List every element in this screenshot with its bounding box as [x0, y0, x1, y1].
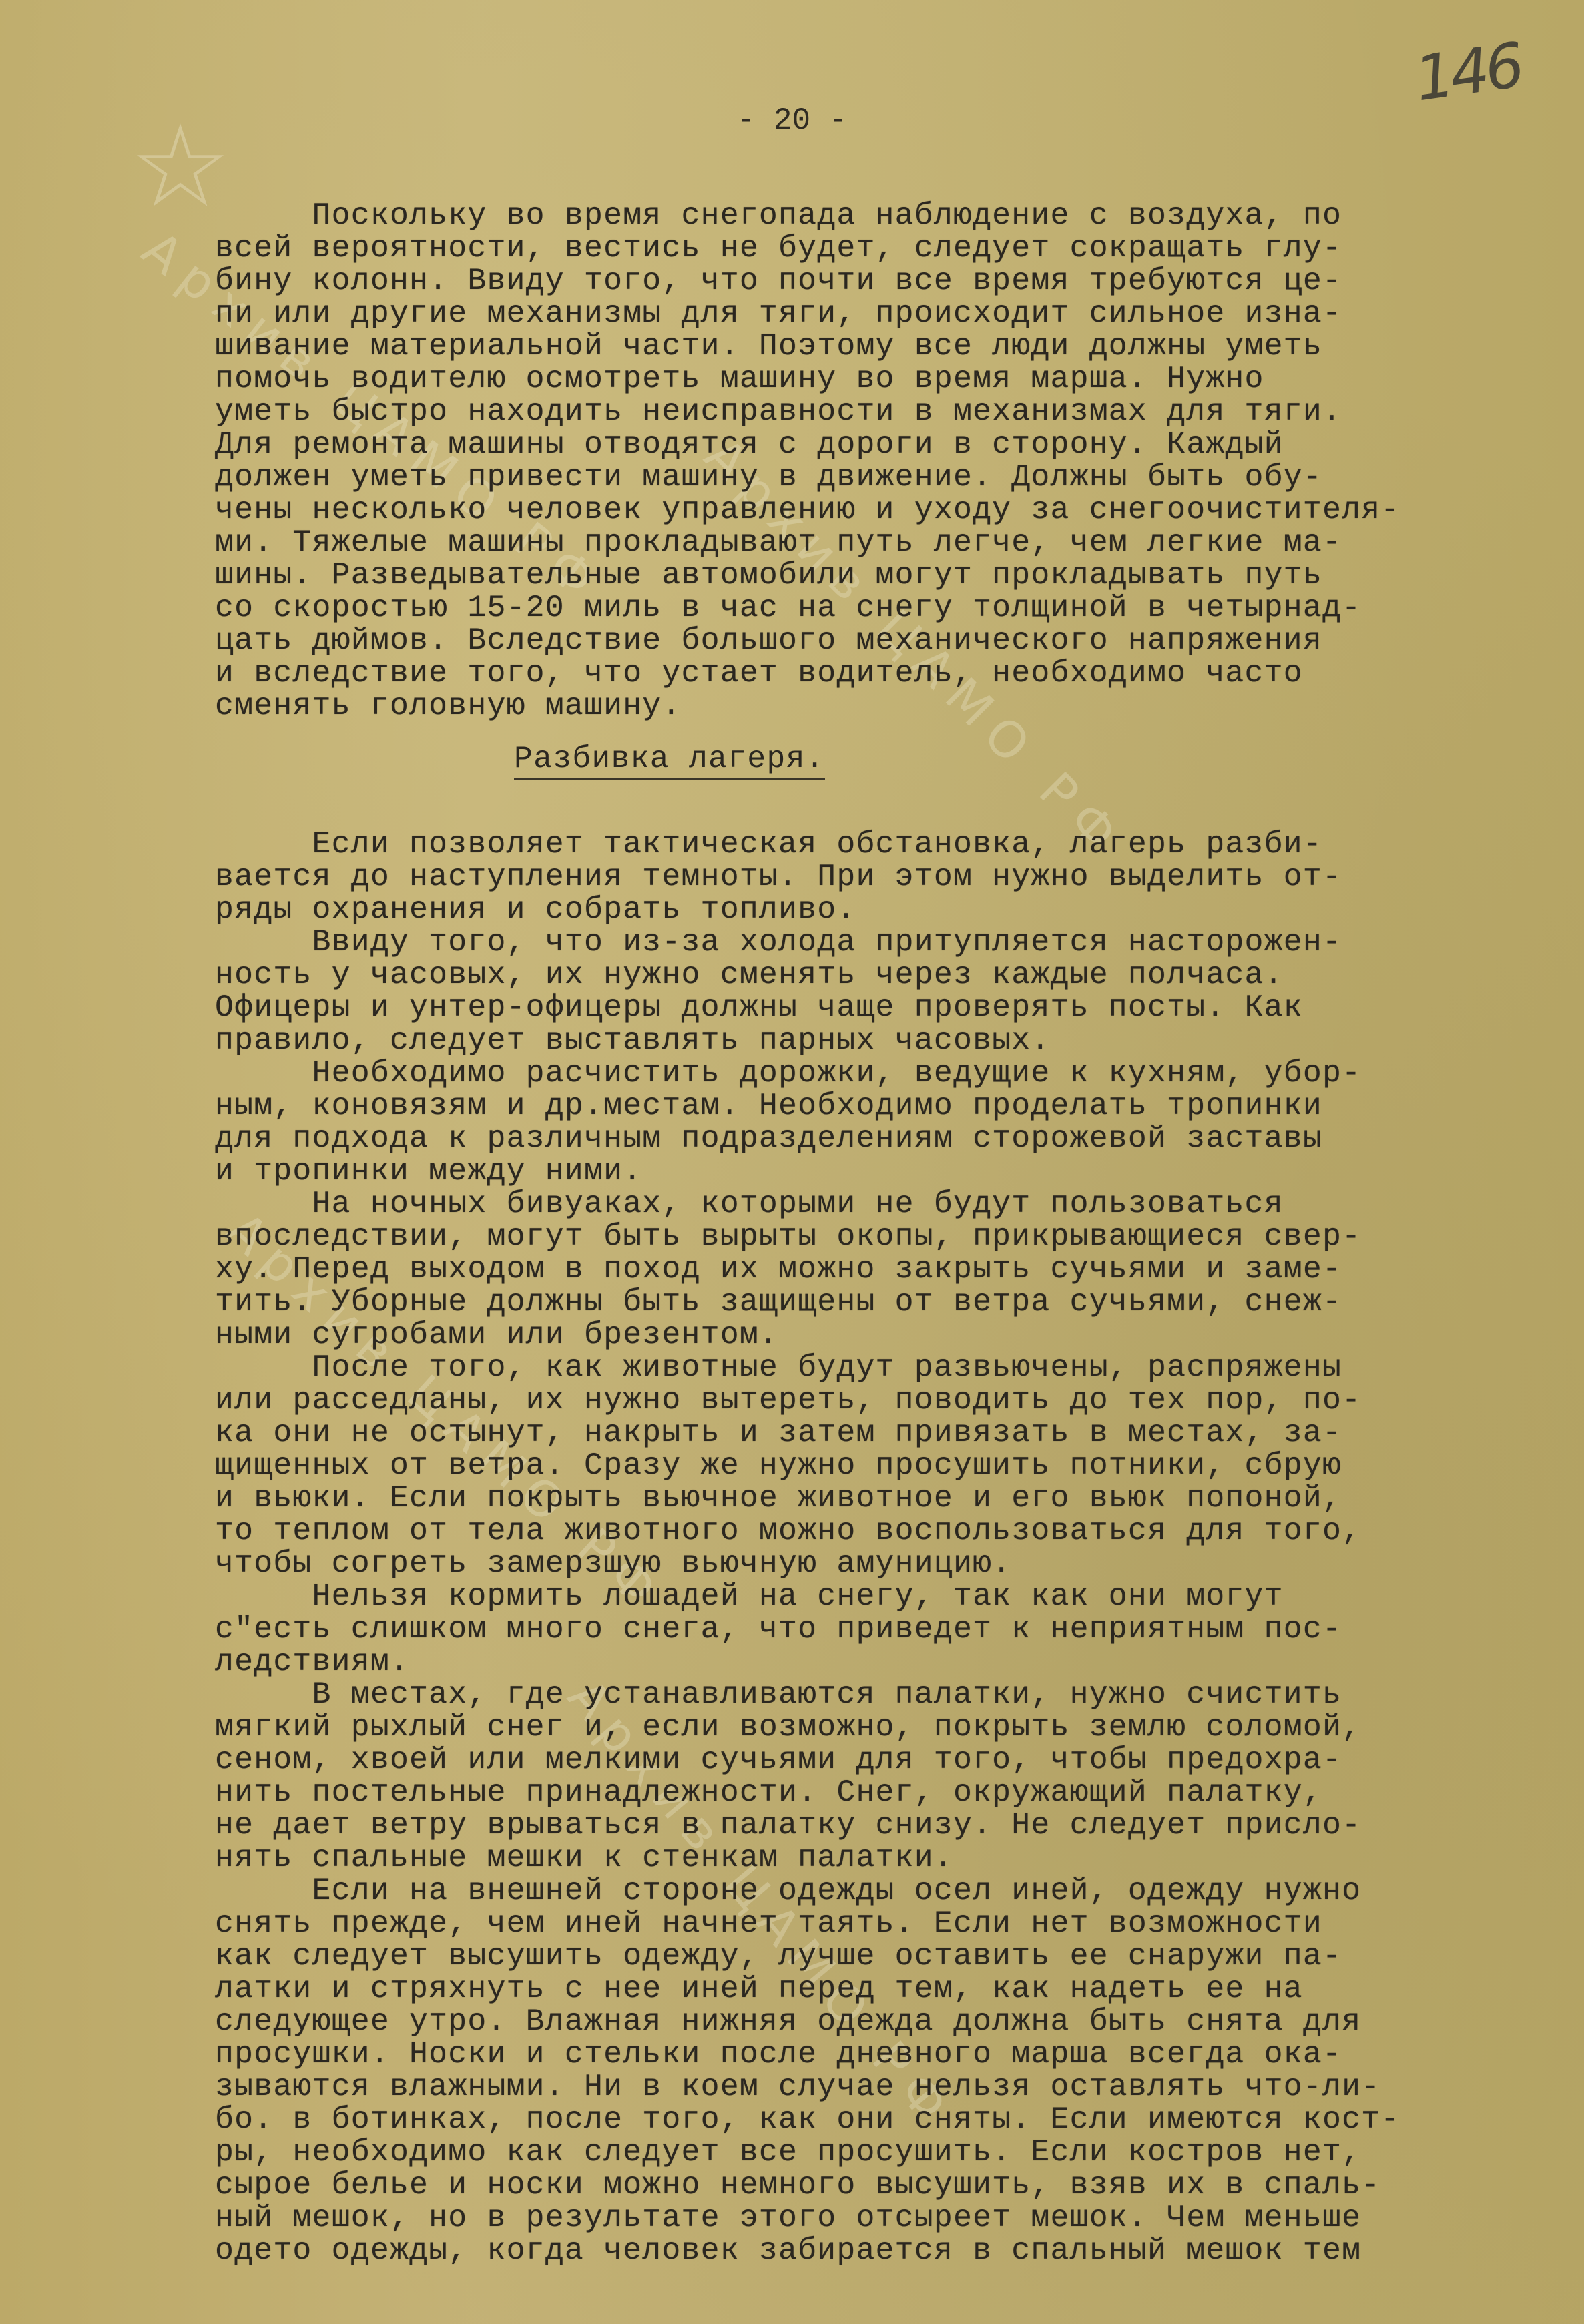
text-line: следующее утро. Влажная нижняя одежда до…: [215, 2005, 1483, 2038]
text-line: ка они не остынут, накрыть и затем привя…: [215, 1416, 1483, 1449]
text-line: ными сугробами или брезентом.: [215, 1318, 1483, 1351]
text-line: с"есть слишком много снега, что приведет…: [215, 1613, 1483, 1645]
text-line: уметь быстро находить неисправности в ме…: [215, 395, 1483, 428]
text-line: вается до наступления темноты. При этом …: [215, 860, 1483, 893]
text-line: помочь водителю осмотреть машину во врем…: [215, 362, 1483, 395]
text-line: пи или другие механизмы для тяги, происх…: [215, 297, 1483, 330]
text-line: бо. в ботинках, после того, как они снят…: [215, 2103, 1483, 2136]
text-line: чены несколько человек управлению и уход…: [215, 493, 1483, 526]
text-line: Офицеры и унтер-офицеры должны чаще пров…: [215, 991, 1483, 1024]
text-line: Поскольку во время снегопада наблюдение …: [215, 199, 1483, 232]
text-line: ным, коновязям и др.местам. Необходимо п…: [215, 1089, 1483, 1122]
text-line: правило, следует выставлять парных часов…: [215, 1024, 1483, 1057]
text-line: просушки. Носки и стельки после дневного…: [215, 2038, 1483, 2070]
text-line: впоследствии, могут быть вырыты окопы, п…: [215, 1220, 1483, 1253]
text-line: или расседланы, их нужно вытереть, повод…: [215, 1384, 1483, 1416]
text-line: сеном, хвоей или мелкими сучьями для тог…: [215, 1743, 1483, 1776]
text-line: для подхода к различным подразделениям с…: [215, 1122, 1483, 1155]
text-line: ледствиям.: [215, 1645, 1483, 1678]
text-line: ный мешок, но в результате этого отсырее…: [215, 2201, 1483, 2234]
text-line: Необходимо расчистить дорожки, ведущие к…: [215, 1057, 1483, 1089]
text-line: ры, необходимо как следует все просушить…: [215, 2136, 1483, 2168]
document-page: ☆ Архив ЦАМО РФ Архив ЦАМО РФ Архив ЦАМО…: [0, 0, 1584, 2324]
text-line: должен уметь привести машину в движение.…: [215, 461, 1483, 493]
text-line: сырое белье и носки можно немного высуши…: [215, 2168, 1483, 2201]
text-line: ху. Перед выходом в поход их можно закры…: [215, 1253, 1483, 1285]
text-line: Если позволяет тактическая обстановка, л…: [215, 828, 1483, 860]
text-line: снять прежде, чем иней начнет таять. Есл…: [215, 1907, 1483, 1940]
text-line: латки и стряхнуть с нее иней перед тем, …: [215, 1972, 1483, 2005]
section-text-camp: Если позволяет тактическая обстановка, л…: [215, 828, 1483, 2267]
text-line: В местах, где устанавливаются палатки, н…: [215, 1678, 1483, 1711]
text-line: Нельзя кормить лошадей на снегу, так как…: [215, 1580, 1483, 1613]
text-line: и тропинки между ними.: [215, 1155, 1483, 1187]
text-line: бину колонн. Ввиду того, что почти все в…: [215, 264, 1483, 297]
page-number: - 20 -: [0, 103, 1584, 138]
text-line: и вследствие того, что устает водитель, …: [215, 657, 1483, 689]
text-line: ность у часовых, их нужно сменять через …: [215, 958, 1483, 991]
text-line: На ночных бивуаках, которыми не будут по…: [215, 1187, 1483, 1220]
text-line: шины. Разведывательные автомобили могут …: [215, 559, 1483, 591]
text-line: нять спальные мешки к стенкам палатки.: [215, 1841, 1483, 1874]
text-line: шивание материальной части. Поэтому все …: [215, 330, 1483, 362]
text-line: Ввиду того, что из-за холода притупляетс…: [215, 926, 1483, 958]
text-line: как следует высушить одежду, лучше остав…: [215, 1940, 1483, 1972]
text-line: и вьюки. Если покрыть вьючное животное и…: [215, 1482, 1483, 1514]
text-line: После того, как животные будут развьючен…: [215, 1351, 1483, 1384]
text-line: зываются влажными. Ни в коем случае нель…: [215, 2070, 1483, 2103]
text-line: цать дюймов. Вследствие большого механич…: [215, 624, 1483, 657]
section-text-convoy: Поскольку во время снегопада наблюдение …: [215, 199, 1483, 722]
text-line: ряды охранения и собрать топливо.: [215, 893, 1483, 926]
text-line: одето одежды, когда человек забирается в…: [215, 2234, 1483, 2267]
text-line: сменять головную машину.: [215, 689, 1483, 722]
text-line: то теплом от тела животного можно воспол…: [215, 1514, 1483, 1547]
text-line: ми. Тяжелые машины прокладывают путь лег…: [215, 526, 1483, 559]
section-heading: Разбивка лагеря.: [514, 741, 825, 780]
text-line: Для ремонта машины отводятся с дороги в …: [215, 428, 1483, 461]
text-line: щищенных от ветра. Сразу же нужно просуш…: [215, 1449, 1483, 1482]
text-line: тить. Уборные должны быть защищены от ве…: [215, 1285, 1483, 1318]
text-line: чтобы согреть замерзшую вьючную амуницию…: [215, 1547, 1483, 1580]
text-line: мягкий рыхлый снег и, если возможно, пок…: [215, 1711, 1483, 1743]
text-line: всей вероятности, вестись не будет, след…: [215, 232, 1483, 264]
text-line: нить постельные принадлежности. Снег, ок…: [215, 1776, 1483, 1809]
text-line: Если на внешней стороне одежды осел иней…: [215, 1874, 1483, 1907]
archive-sheet-number: 146: [1410, 30, 1525, 115]
text-line: не дает ветру врываться в палатку снизу.…: [215, 1809, 1483, 1841]
text-line: со скоростью 15-20 миль в час на снегу т…: [215, 591, 1483, 624]
